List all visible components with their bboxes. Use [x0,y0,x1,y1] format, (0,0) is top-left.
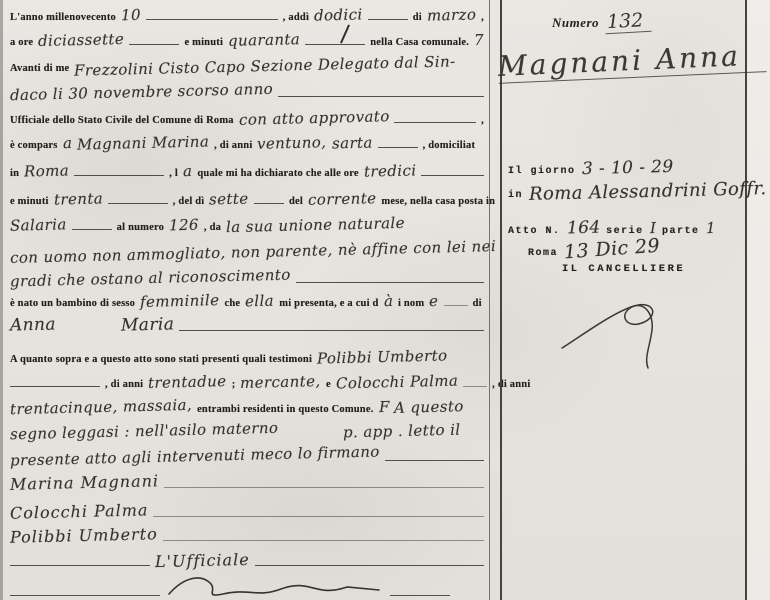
handwritten-entry: diciassette [38,30,125,50]
handwritten-entry: trenta [53,189,103,208]
ruled-line [129,44,179,45]
printed-text: , [481,12,484,23]
ruled-line [368,19,408,20]
handwritten-entry: a [62,134,72,152]
handwritten-entry: quaranta [228,30,301,50]
form-line-closing: presente atto agli intervenuti meco lo f… [10,447,484,465]
marriage-annotation-day: Il giorno 3 - 10 - 29 [508,158,673,178]
printed-text: , da [204,222,221,233]
handwritten-pen-mark: 7 [474,31,484,49]
registrant-name: Magnani Anna [497,38,766,84]
handwritten-entry: A questo [394,397,464,417]
handwritten-entry: 164 [566,218,600,239]
cancelliere-stamp: IL CANCELLIERE [562,263,685,275]
form-line-recognition: gradi che ostano al riconoscimento [10,269,484,287]
ruled-line [10,386,100,387]
printed-text: di [413,12,422,23]
ruled-line [394,122,476,123]
ruled-line [385,460,484,461]
printed-text: , di anni [492,379,530,390]
handwritten-entry: daco li 30 novembre scorso anno [10,80,274,104]
act-number-row: Numero 132 [552,10,651,33]
handwritten-entry: Roma [24,161,70,180]
handwritten-entry: presente atto agli intervenuti meco lo f… [10,442,380,469]
ruled-line [179,330,484,331]
printed-text: Ufficiale dello Stato Civile del Comune … [10,115,234,126]
handwritten-entry: tredici [364,161,417,180]
handwritten-entry: e [429,292,439,310]
handwritten-entry: con atto approvato [239,107,390,129]
column-divider-inner [489,0,490,600]
numero-value: 132 [604,9,651,34]
handwritten-entry: femminile [140,291,220,311]
handwritten-entry: à [383,292,393,310]
stamp-label: Roma [528,248,558,259]
form-line-official: Avanti di me Frezzolini Cisto Capo Sezio… [10,57,484,75]
handwritten-entry: trentacinque, massaia, [10,396,192,418]
printed-text: e [326,379,331,390]
official-title-text: L'Ufficiale [155,550,250,571]
handwritten-entry: marzo [427,5,477,24]
handwritten-entry: segno leggasi : nell'asilo materno [10,419,279,444]
handwritten-entry: mercante, [240,372,321,392]
ruled-line [10,565,150,566]
ruled-line [10,595,160,596]
handwritten-entry: Polibbi Umberto [317,346,448,367]
handwritten-entry: p. app . letto il [343,421,461,442]
ruled-line [153,516,484,517]
printed-text: che [225,298,241,309]
handwritten-entry: Frezzolini Cisto Capo Sezione Delegato d… [74,52,456,79]
document-page: L'anno millenovecento 10 , addì dodici d… [0,0,770,600]
form-line-declarant: è compars a Magnani Marina , di anni ven… [10,134,484,152]
stamp-label: IL CANCELLIERE [562,263,685,275]
signature-line-witness1: Colocchi Palma [10,502,484,521]
ruled-line [164,487,484,488]
handwritten-entry: 1 [705,219,715,237]
handwritten-entry: ella [245,292,274,311]
signature-line-official [10,574,484,600]
printed-text: del [289,196,303,207]
form-line-witness-residence: trentacinque, massaia, entrambi resident… [10,398,484,416]
form-line-hour: a ore diciassette e minuti quaranta nell… [10,31,484,49]
form-line-child-name: Anna Maria [10,315,484,335]
marriage-annotation-act: Atto N. 164 serie I parte 1 [508,218,715,238]
printed-text: e minuti [184,37,223,48]
handwritten-entry: con uomo non ammogliato, non parente, nè… [10,237,496,267]
handwritten-entry: Salaria [10,215,67,234]
signature-line-witness2: Polibbi Umberto [10,526,484,545]
handwritten-entry: Magnani Marina [77,132,210,153]
ruled-line [305,44,365,45]
printed-text: è compars [10,140,58,151]
stamp-label: in [508,190,523,201]
form-line-birthtime: e minuti trenta , del dì sette del corre… [10,190,484,208]
ruled-line [146,19,278,20]
signature-text: Colocchi Palma [10,500,149,522]
printed-text: , l [169,168,178,179]
stamp-label: Il giorno [508,166,576,177]
printed-text: Avanti di me [10,63,69,74]
ruled-line [463,386,487,387]
handwritten-entry: 13 Dic 29 [563,235,660,264]
printed-text: L'anno millenovecento [10,12,116,23]
form-line-newborn: è nato un bambino di sesso femminile che… [10,292,484,310]
printed-text: ; [232,379,236,390]
stamp-label: parte [662,226,700,237]
page-right-strip [746,0,770,600]
ruled-line [378,147,418,148]
handwritten-entry: la sua unione naturale [226,214,405,236]
signature-line-mother: Marina Magnani [10,473,484,492]
handwritten-entry: corrente [308,189,377,209]
marriage-annotation-place: in Roma Alessandrini Goffr. [508,181,767,202]
printed-text: al numero [117,222,164,233]
printed-text: e minuti [10,196,49,207]
ruled-line [296,282,484,283]
stamp-label: Atto N. [508,226,561,237]
handwritten-entry: ventuno, [257,133,327,153]
ruled-line [163,540,484,541]
form-line-year: L'anno millenovecento 10 , addì dodici d… [10,6,484,24]
handwritten-entry: Colocchi Palma [336,372,459,393]
handwritten-entry: gradi che ostano al riconoscimento [10,266,291,291]
ruled-line [390,595,450,596]
form-line-street: Salaria al numero 126 , da la sua unione… [10,216,484,234]
handwritten-entry: trentadue [148,372,227,392]
printed-text: in [10,168,19,179]
printed-text: quale mi ha dichiarato che alle ore [197,168,358,179]
handwritten-entry: dodici [314,5,363,24]
signature-text: Polibbi Umberto [10,524,158,547]
printed-text: , [481,115,484,126]
ruled-line [72,229,112,230]
printed-text: , di anni [105,379,143,390]
handwritten-entry: a [183,162,193,180]
ruled-line [254,203,284,204]
flourish-signature [552,288,702,373]
ruled-line [421,175,484,176]
handwritten-entry: 126 [169,216,199,235]
handwritten-entry: Roma Alessandrini Goffr. [529,178,767,205]
ruled-line [278,96,484,97]
handwritten-reference-mark: F [378,398,389,416]
handwritten-entry: Anna [10,314,56,335]
form-line-residence: in Roma , l a quale mi ha dichiarato che… [10,162,484,180]
printed-text: , di anni [214,140,252,151]
form-line-delegation: daco li 30 novembre scorso anno [10,83,484,101]
ruled-line [108,203,168,204]
handwritten-entry: sette [209,190,249,209]
ruled-line [74,175,164,176]
printed-text: nella Casa comunale. [370,37,469,48]
marriage-annotation-date: Roma 13 Dic 29 [528,238,660,260]
printed-text: di [473,298,482,309]
printed-text: mi presenta, e a cui d [279,298,378,309]
printed-text: , addì [283,12,309,23]
ruled-line [255,565,484,566]
printed-text: è nato un bambino di sesso [10,298,135,309]
printed-text: entrambi residenti in questo Comune. [197,404,373,415]
column-divider [500,0,502,600]
form-line-union: con uomo non ammogliato, non parente, nè… [10,243,484,261]
form-line-annotation-note: segno leggasi : nell'asilo materno p. ap… [10,422,484,440]
scan-edge-shadow [0,0,3,600]
official-signature-scrawl [165,574,385,600]
form-line-comune: Ufficiale dello Stato Civile del Comune … [10,109,484,127]
ruled-line [444,305,468,306]
form-line-witnesses: A quanto sopra e a questo atto sono stat… [10,348,484,366]
printed-text: i nom [398,298,424,309]
handwritten-entry: 3 - 10 - 29 [581,157,673,179]
handwritten-entry: sarta [332,134,373,153]
numero-label: Numero [552,15,599,31]
printed-text: , del dì [173,196,205,207]
printed-text: mese, nella casa posta in [381,196,495,207]
handwritten-entry: Maria [121,314,175,335]
form-line-witness-details: , di anni trentadue ; mercante, e Colocc… [10,373,484,391]
printed-text: A quanto sopra e a questo atto sono stat… [10,354,312,365]
signature-text: Marina Magnani [10,471,159,494]
signature-line-official-title: L'Ufficiale [10,551,484,570]
printed-text: a ore [10,37,33,48]
page-right-rule [745,0,747,600]
printed-text: , domiciliat [423,140,476,151]
handwritten-entry: 10 [121,6,141,24]
